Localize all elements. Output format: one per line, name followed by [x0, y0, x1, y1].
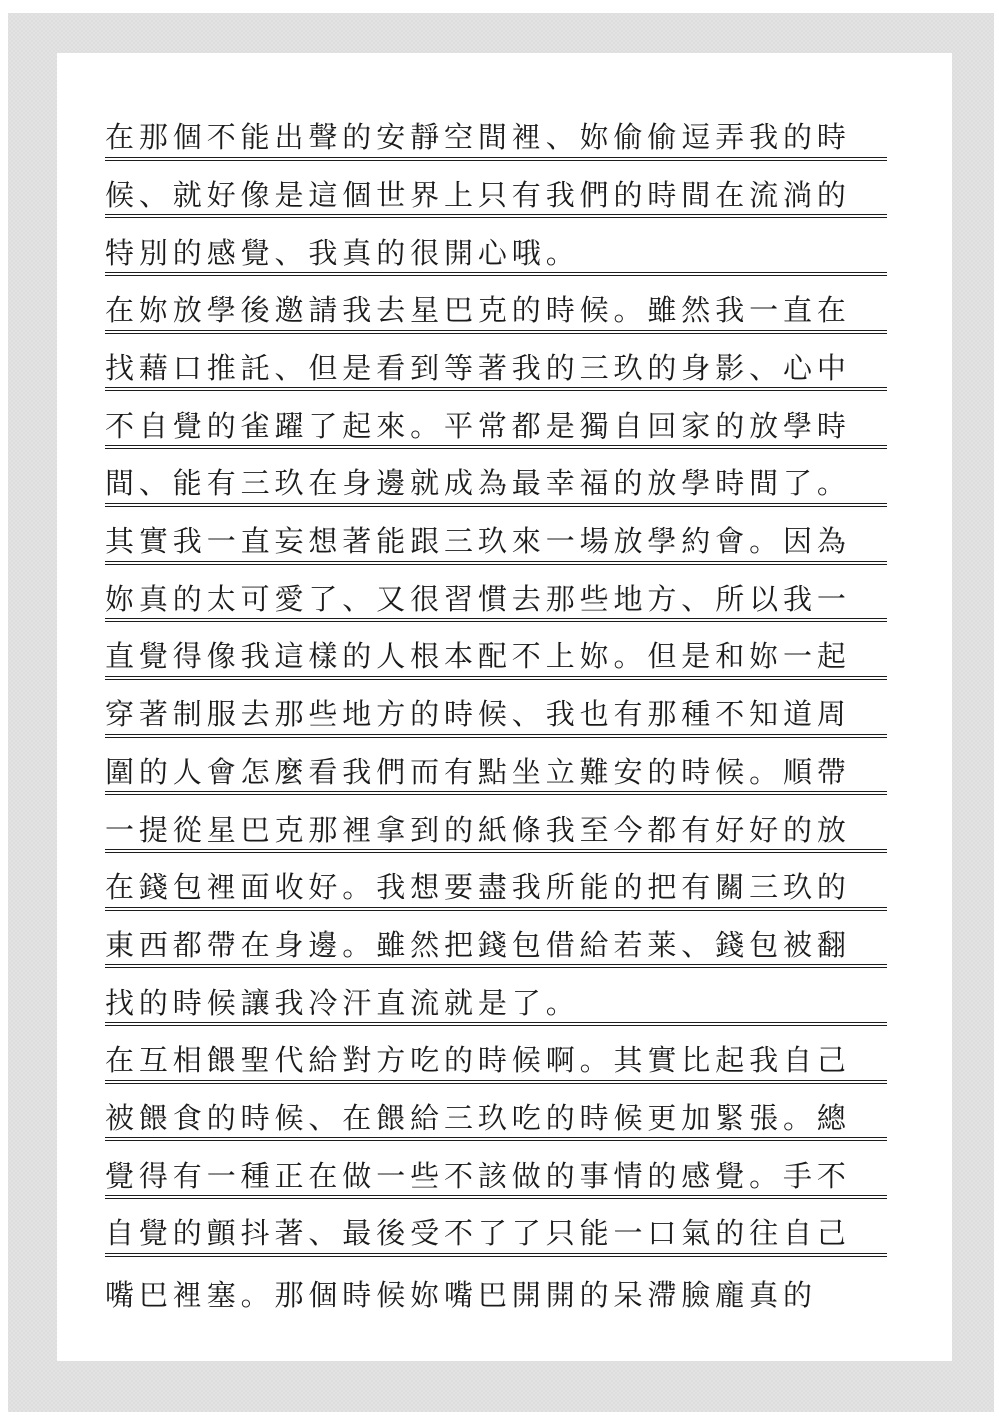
handwritten-text: 直覺得像我這樣的人根本配不上妳。但是和妳一起 — [105, 641, 851, 671]
text-line: 特別的感覺、我真的很開心哦。 — [105, 218, 887, 276]
text-line: 在妳放學後邀請我去星巴克的時候。雖然我一直在 — [105, 276, 887, 334]
handwritten-text: 一提從星巴克那裡拿到的紙條我至今都有好好的放 — [105, 815, 851, 845]
handwritten-text: 被餵食的時候、在餵給三玖吃的時候更加緊張。總 — [105, 1103, 851, 1133]
text-line: 在錢包裡面收好。我想要盡我所能的把有關三玖的 — [105, 853, 887, 911]
text-line: 嘴巴裡塞。那個時候妳嘴巴開開的呆滯臉龐真的 — [105, 1257, 887, 1315]
text-line: 覺得有一種正在做一些不該做的事情的感覺。手不 — [105, 1141, 887, 1199]
text-line: 被餵食的時候、在餵給三玖吃的時候更加緊張。總 — [105, 1084, 887, 1142]
handwritten-text: 特別的感覺、我真的很開心哦。 — [105, 238, 580, 268]
screenshot-root: 在那個不能出聲的安靜空間裡、妳偷偷逗弄我的時 候、就好像是這個世界上只有我們的時… — [0, 0, 999, 1417]
handwritten-text: 妳真的太可愛了、又很習慣去那些地方、所以我一 — [105, 584, 851, 614]
handwritten-text: 在那個不能出聲的安靜空間裡、妳偷偷逗弄我的時 — [105, 122, 851, 152]
text-line: 圍的人會怎麼看我們而有點坐立難安的時候。順帶 — [105, 738, 887, 796]
handwritten-text: 找藉口推託、但是看到等著我的三玖的身影、心中 — [105, 353, 851, 383]
handwritten-text: 找的時候讓我冷汗直流就是了。 — [105, 988, 580, 1018]
text-line: 自覺的顫抖著、最後受不了了只能一口氣的往自己 — [105, 1199, 887, 1257]
handwritten-text: 圍的人會怎麼看我們而有點坐立難安的時候。順帶 — [105, 757, 851, 787]
text-line: 間、能有三玖在身邊就成為最幸福的放學時間了。 — [105, 449, 887, 507]
handwritten-text: 其實我一直妄想著能跟三玖來一場放學約會。因為 — [105, 526, 851, 556]
text-line: 候、就好像是這個世界上只有我們的時間在流淌的 — [105, 161, 887, 219]
text-line: 不自覺的雀躍了起來。平常都是獨自回家的放學時 — [105, 391, 887, 449]
text-line: 一提從星巴克那裡拿到的紙條我至今都有好好的放 — [105, 795, 887, 853]
handwritten-text: 東西都帶在身邊。雖然把錢包借給若莱、錢包被翻 — [105, 930, 851, 960]
handwritten-text: 間、能有三玖在身邊就成為最幸福的放學時間了。 — [105, 468, 851, 498]
handwritten-text: 候、就好像是這個世界上只有我們的時間在流淌的 — [105, 180, 851, 210]
handwritten-text: 穿著制服去那些地方的時候、我也有那種不知道周 — [105, 699, 851, 729]
text-line: 東西都帶在身邊。雖然把錢包借給若莱、錢包被翻 — [105, 911, 887, 969]
handwritten-text: 自覺的顫抖著、最後受不了了只能一口氣的往自己 — [105, 1218, 851, 1248]
handwritten-text: 在互相餵聖代給對方吃的時候啊。其實比起我自己 — [105, 1045, 851, 1075]
letter-body: 在那個不能出聲的安靜空間裡、妳偷偷逗弄我的時 候、就好像是這個世界上只有我們的時… — [105, 103, 887, 1314]
text-line: 直覺得像我這樣的人根本配不上妳。但是和妳一起 — [105, 622, 887, 680]
text-line: 穿著制服去那些地方的時候、我也有那種不知道周 — [105, 680, 887, 738]
handwritten-text: 不自覺的雀躍了起來。平常都是獨自回家的放學時 — [105, 411, 851, 441]
handwritten-text: 在妳放學後邀請我去星巴克的時候。雖然我一直在 — [105, 295, 851, 325]
letter-paper: 在那個不能出聲的安靜空間裡、妳偷偷逗弄我的時 候、就好像是這個世界上只有我們的時… — [57, 53, 952, 1361]
text-line: 妳真的太可愛了、又很習慣去那些地方、所以我一 — [105, 565, 887, 623]
text-line: 在那個不能出聲的安靜空間裡、妳偷偷逗弄我的時 — [105, 103, 887, 161]
handwritten-text: 覺得有一種正在做一些不該做的事情的感覺。手不 — [105, 1161, 851, 1191]
handwritten-text: 嘴巴裡塞。那個時候妳嘴巴開開的呆滯臉龐真的 — [105, 1280, 817, 1310]
text-line: 找的時候讓我冷汗直流就是了。 — [105, 968, 887, 1026]
handwritten-text: 在錢包裡面收好。我想要盡我所能的把有關三玖的 — [105, 872, 851, 902]
text-line: 找藉口推託、但是看到等著我的三玖的身影、心中 — [105, 334, 887, 392]
text-line: 其實我一直妄想著能跟三玖來一場放學約會。因為 — [105, 507, 887, 565]
text-line: 在互相餵聖代給對方吃的時候啊。其實比起我自己 — [105, 1026, 887, 1084]
